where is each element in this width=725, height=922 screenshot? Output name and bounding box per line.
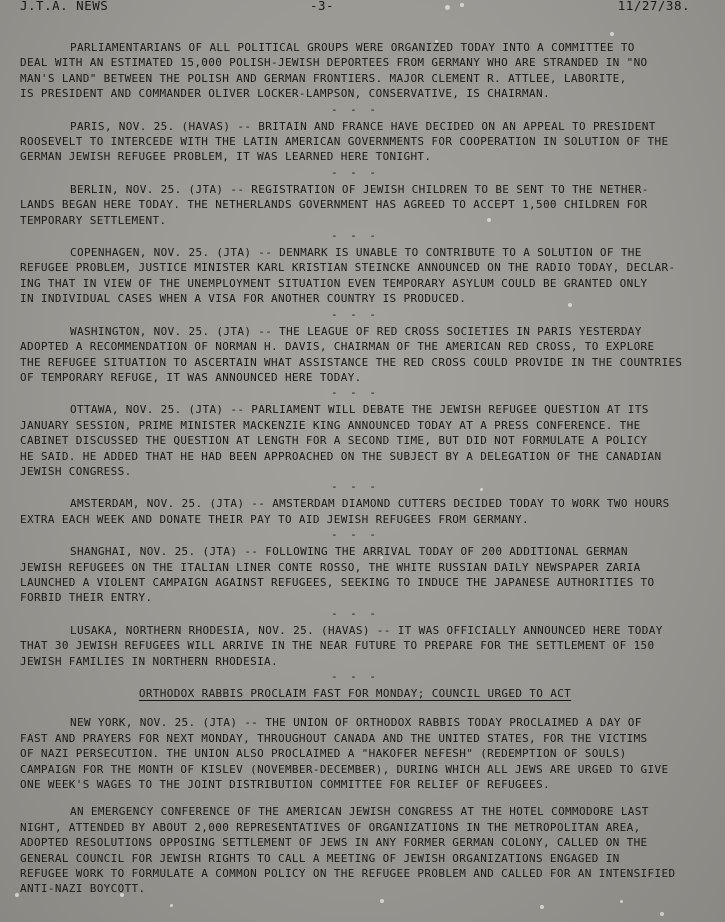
section-separator: - - - [20,527,720,542]
section-headline: Orthodox Rabbis Proclaim Fast For Monday… [20,686,720,701]
news-item: WASHINGTON, Nov. 25. (JTA) -- The League… [20,324,720,386]
section-separator: - - - [20,669,720,684]
news-item: PARIS, Nov. 25. (Havas) -- Britain and F… [20,119,720,165]
news-item: Parliamentarians of all political groups… [20,40,720,102]
source-label: J.T.A. NEWS [20,0,108,13]
document-body: Parliamentarians of all political groups… [20,40,720,897]
news-item: AMSTERDAM, Nov. 25. (JTA) -- Amsterdam d… [20,496,720,527]
news-item: SHANGHAI, Nov. 25. (JTA) -- Following th… [20,544,720,606]
news-item: OTTAWA, Nov. 25. (JTA) -- Parliament wil… [20,402,720,479]
section-separator: - - - [20,385,720,400]
news-item: NEW YORK, Nov. 25. (JTA) -- The Union of… [20,715,720,792]
section-separator: - - - [20,479,720,494]
section-separator: - - - [20,606,720,621]
news-item: BERLIN, Nov. 25. (JTA) -- Registration o… [20,182,720,228]
section-separator: - - - [20,102,720,117]
news-item: LUSAKA, Northern Rhodesia, Nov. 25. (Hav… [20,623,720,669]
section-separator: - - - [20,307,720,322]
document-page: J.T.A. NEWS -3- 11/27/38. Parliamentaria… [0,0,725,922]
page-number: -3- [310,0,334,13]
news-item: An emergency conference of the American … [20,804,720,896]
section-separator: - - - [20,228,720,243]
news-item: COPENHAGEN, Nov. 25. (JTA) -- Denmark is… [20,245,720,307]
section-separator: - - - [20,165,720,180]
document-date: 11/27/38. [618,0,690,13]
page-header: J.T.A. NEWS -3- 11/27/38. [20,0,705,18]
